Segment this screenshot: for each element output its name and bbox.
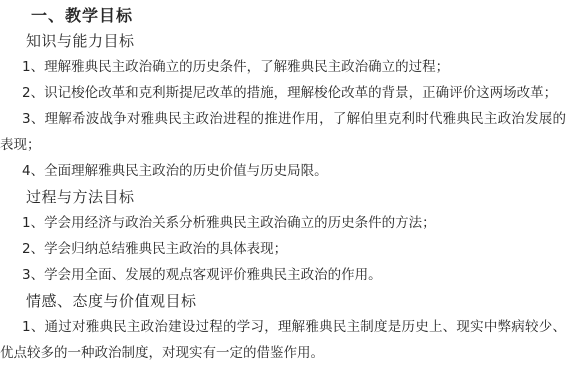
list-item: 3、理解希波战争对雅典民主政治进程的推进作用，了解伯里克利时代雅典民主政治发展的… — [0, 106, 566, 158]
section-knowledge-ability: 知识与能力目标 1、理解雅典民主政治确立的历史条件，了解雅典民主政治确立的过程；… — [0, 28, 566, 184]
list-item: 3、学会用全面、发展的观点客观评价雅典民主政治的作用。 — [0, 262, 566, 288]
list-item: 2、识记梭伦改革和克利斯提尼改革的措施，理解梭伦改革的背景，正确评价这两场改革； — [0, 80, 566, 106]
list-item: 1、通过对雅典民主政治建设过程的学习，理解雅典民主制度是历史上、现实中弊病较少、… — [0, 314, 566, 366]
section-process-method: 过程与方法目标 1、学会用经济与政治关系分析雅典民主政治确立的历史条件的方法； … — [0, 184, 566, 288]
section-emotion-attitude-values: 情感、态度与价值观目标 1、通过对雅典民主政治建设过程的学习，理解雅典民主制度是… — [0, 288, 566, 366]
document-page: 一、教学目标 知识与能力目标 1、理解雅典民主政治确立的历史条件，了解雅典民主政… — [0, 0, 566, 368]
section-heading-knowledge-ability: 知识与能力目标 — [0, 28, 566, 54]
document-title: 一、教学目标 — [0, 4, 566, 28]
list-item: 2、学会归纳总结雅典民主政治的具体表现； — [0, 236, 566, 262]
list-item: 4、全面理解雅典民主政治的历史价值与历史局限。 — [0, 158, 566, 184]
section-heading-process-method: 过程与方法目标 — [0, 184, 566, 210]
list-item: 1、理解雅典民主政治确立的历史条件，了解雅典民主政治确立的过程； — [0, 54, 566, 80]
section-heading-emotion-attitude-values: 情感、态度与价值观目标 — [0, 288, 566, 314]
list-item: 1、学会用经济与政治关系分析雅典民主政治确立的历史条件的方法； — [0, 210, 566, 236]
